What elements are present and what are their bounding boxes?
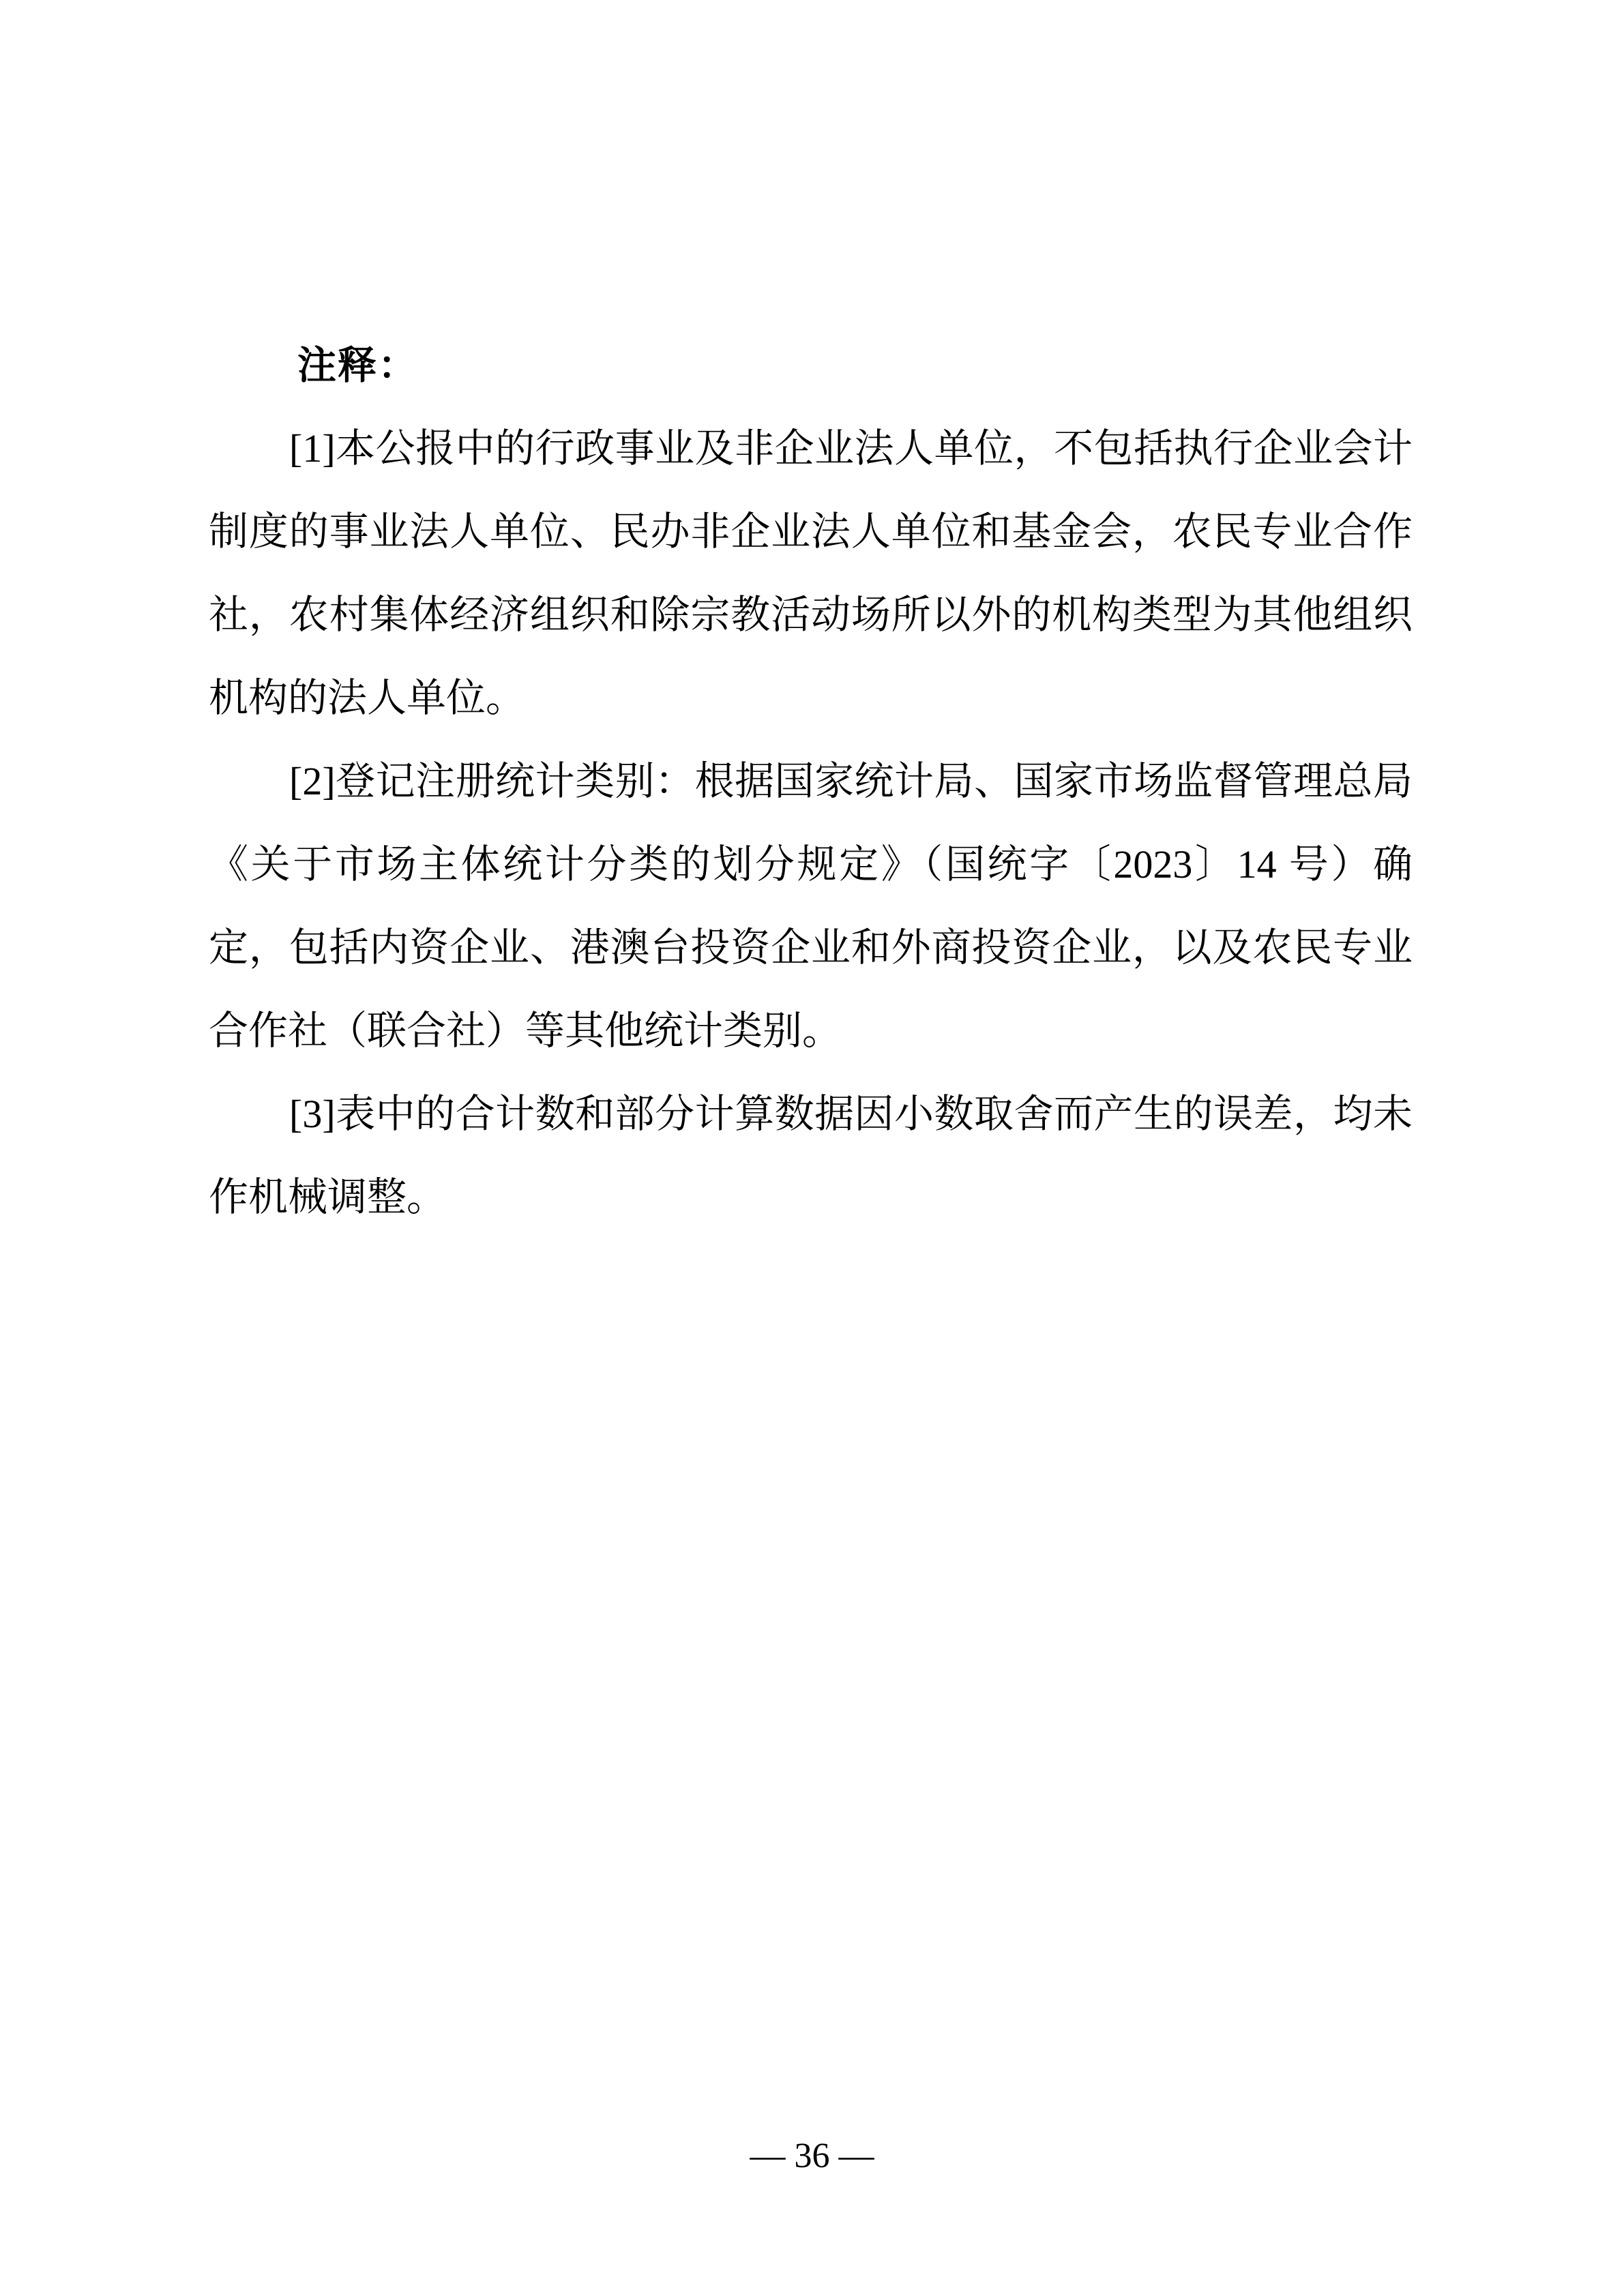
page-number: — 36 —	[750, 2136, 874, 2175]
note-1-text: 本公报中的行政事业及非企业法人单位，不包括执行企业会计制度的事业法人单位、民办非…	[209, 426, 1413, 720]
note-2-text: 登记注册统计类别：根据国家统计局、国家市场监督管理总局《关于市场主体统计分类的划…	[209, 759, 1413, 1053]
note-paragraph-2: [2]登记注册统计类别：根据国家统计局、国家市场监督管理总局《关于市场主体统计分…	[209, 740, 1413, 1073]
note-3-marker: [3]	[289, 1092, 336, 1136]
note-paragraph-1: [1]本公报中的行政事业及非企业法人单位，不包括执行企业会计制度的事业法人单位、…	[209, 407, 1413, 740]
notes-heading: 注释：	[209, 324, 1413, 407]
page-footer: — 36 —	[0, 2129, 1624, 2183]
note-3-text: 表中的合计数和部分计算数据因小数取舍而产生的误差，均未作机械调整。	[209, 1092, 1413, 1219]
note-paragraph-3: [3]表中的合计数和部分计算数据因小数取舍而产生的误差，均未作机械调整。	[209, 1073, 1413, 1239]
note-1-marker: [1]	[289, 426, 336, 471]
notes-section: 注释： [1]本公报中的行政事业及非企业法人单位，不包括执行企业会计制度的事业法…	[209, 324, 1413, 1239]
document-page: 注释： [1]本公报中的行政事业及非企业法人单位，不包括执行企业会计制度的事业法…	[0, 0, 1624, 2296]
note-2-marker: [2]	[289, 759, 336, 803]
